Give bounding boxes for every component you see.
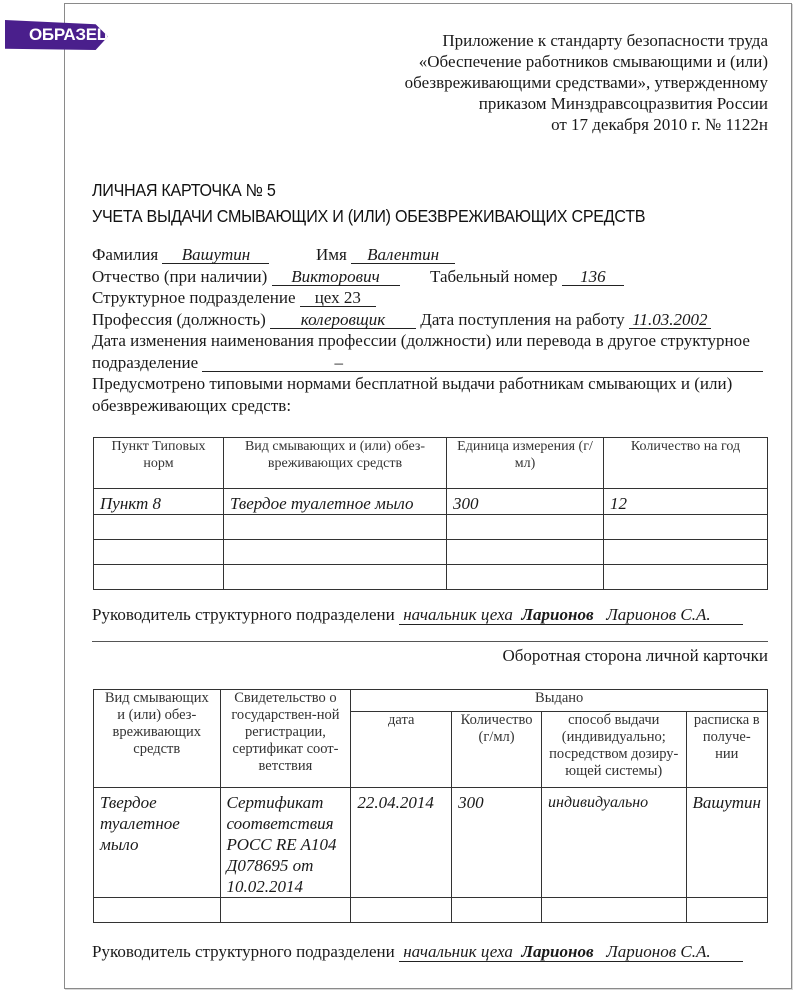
name-field[interactable]: Валентин [351, 246, 455, 264]
appendix-line: приказом Минздравсоцразвития России [405, 93, 768, 114]
supervisor-signature-back: Руководитель структурного подразделени н… [92, 942, 743, 962]
change-label: Дата изменения наименования профессии (д… [92, 331, 750, 350]
signature-label: Руководитель структурного подразделени [92, 605, 395, 624]
col-header-agent-type: Вид смывающих и (или) обез-вреживающих с… [94, 690, 221, 788]
sample-badge: ОБРАЗЕЦ [5, 20, 108, 50]
signature-position: начальник цеха [403, 605, 513, 624]
row-profession: Профессия (должность) колеровщик Дата по… [92, 309, 772, 331]
row-norms-1: Предусмотрено типовыми нормами бесплатно… [92, 373, 772, 395]
appendix-line: «Обеспечение работников смывающими и (ил… [405, 51, 768, 72]
supervisor-signature-front: Руководитель структурного подразделени н… [92, 605, 743, 625]
cell-unit[interactable] [447, 515, 604, 540]
cell-date[interactable]: 22.04.2014 [351, 788, 452, 898]
cell-quantity[interactable] [452, 898, 542, 923]
row-department: Структурное подразделение цех 23 [92, 287, 772, 309]
signature-position: начальник цеха [403, 942, 513, 961]
cell-agent-type[interactable] [224, 565, 447, 590]
title-line-1: ЛИЧНАЯ КАРТОЧКА № 5 [92, 177, 645, 203]
cell-receipt[interactable] [686, 898, 767, 923]
patronymic-field[interactable]: Викторович [272, 268, 400, 286]
appendix-line: Приложение к стандарту безопасности труд… [405, 30, 768, 51]
department-field[interactable]: цех 23 [300, 289, 376, 307]
cell-norm-item[interactable]: Пункт 8 [94, 489, 224, 515]
signature-mark: Ларионов [521, 942, 593, 961]
cell-method[interactable]: индивидуально [542, 788, 687, 898]
signature-field[interactable]: начальник цеха Ларионов Ларионов С.А. [399, 606, 743, 625]
cell-receipt[interactable]: Вашутин [686, 788, 767, 898]
col-header-norm-item: Пункт Типовых норм [94, 438, 224, 489]
divider [92, 641, 768, 642]
cell-agent-type[interactable]: Твердое туалетное мыло [224, 489, 447, 515]
table-row: Пункт 8 Твердое туалетное мыло 300 12 [94, 489, 768, 515]
col-header-receipt: расписка в получе-нии [686, 712, 767, 788]
signature-name: Ларионов С.А. [606, 942, 710, 961]
norms-text-cont: обезвреживающих средств: [92, 396, 291, 415]
change-value: – [334, 353, 343, 372]
cell-date[interactable] [351, 898, 452, 923]
table-header-row: Вид смывающих и (или) обез-вреживающих с… [94, 690, 768, 712]
row-patronymic: Отчество (при наличии) Викторович Табель… [92, 266, 772, 288]
cell-agent-type[interactable] [224, 515, 447, 540]
cell-annual-qty[interactable] [604, 515, 768, 540]
cell-norm-item[interactable] [94, 540, 224, 565]
col-header-annual-qty: Количество на год [604, 438, 768, 489]
document-title: ЛИЧНАЯ КАРТОЧКА № 5 УЧЕТА ВЫДАЧИ СМЫВАЮЩ… [92, 177, 693, 229]
row-name: Фамилия Вашутин Имя Валентин [92, 244, 772, 266]
name-label: Имя [316, 245, 347, 264]
table-row [94, 898, 768, 923]
col-header-quantity: Количество (г/мл) [452, 712, 542, 788]
signature-mark: Ларионов [521, 605, 593, 624]
cell-annual-qty[interactable] [604, 540, 768, 565]
table-header-row: Пункт Типовых норм Вид смывающих и (или)… [94, 438, 768, 489]
cell-norm-item[interactable] [94, 515, 224, 540]
signature-label: Руководитель структурного подразделени [92, 942, 395, 961]
cell-agent-type[interactable] [94, 898, 221, 923]
hire-date-field[interactable]: 11.03.2002 [629, 311, 711, 329]
cell-quantity[interactable]: 300 [452, 788, 542, 898]
table-row [94, 565, 768, 590]
hire-date-label: Дата поступления на работу [420, 310, 624, 329]
title-line-2: УЧЕТА ВЫДАЧИ СМЫВАЮЩИХ И (ИЛИ) ОБЕЗВРЕЖИ… [92, 203, 645, 229]
table-row [94, 540, 768, 565]
col-header-agent-type: Вид смывающих и (или) обез-вреживающих с… [224, 438, 447, 489]
profession-field[interactable]: колеровщик [270, 311, 416, 329]
cell-norm-item[interactable] [94, 565, 224, 590]
patronymic-label: Отчество (при наличии) [92, 267, 267, 286]
table-row: Твердое туалетное мыло Сертификат соотве… [94, 788, 768, 898]
issue-table: Вид смывающих и (или) обез-вреживающих с… [93, 689, 768, 923]
department-label: Структурное подразделение [92, 288, 296, 307]
table-row [94, 515, 768, 540]
col-header-issued: Выдано [351, 690, 768, 712]
surname-field[interactable]: Вашутин [162, 246, 269, 264]
row-norms-2: обезвреживающих средств: [92, 395, 772, 417]
employee-fields: Фамилия Вашутин Имя Валентин Отчество (п… [92, 244, 772, 416]
norms-text: Предусмотрено типовыми нормами бесплатно… [92, 374, 732, 393]
col-header-method: способ выдачи (индивидуально; посредство… [542, 712, 687, 788]
cell-annual-qty[interactable] [604, 565, 768, 590]
cell-certificate[interactable]: Сертификат соответствия РОСС RE A104 Д07… [220, 788, 351, 898]
cell-annual-qty[interactable]: 12 [604, 489, 768, 515]
cell-method[interactable] [542, 898, 687, 923]
surname-label: Фамилия [92, 245, 158, 264]
cell-certificate[interactable] [220, 898, 351, 923]
appendix-note: Приложение к стандарту безопасности труд… [405, 30, 768, 135]
cell-unit[interactable]: 300 [447, 489, 604, 515]
cell-agent-type[interactable]: Твердое туалетное мыло [94, 788, 221, 898]
signature-field[interactable]: начальник цеха Ларионов Ларионов С.А. [399, 943, 743, 962]
appendix-line: обезвреживающими средствами», утвержденн… [405, 72, 768, 93]
norms-table: Пункт Типовых норм Вид смывающих и (или)… [93, 437, 768, 590]
col-header-date: дата [351, 712, 452, 788]
reverse-side-label: Оборотная сторона личной карточки [502, 646, 768, 666]
profession-label: Профессия (должность) [92, 310, 266, 329]
cell-agent-type[interactable] [224, 540, 447, 565]
row-change-2: подразделение – [92, 352, 772, 374]
cell-unit[interactable] [447, 540, 604, 565]
row-change-1: Дата изменения наименования профессии (д… [92, 330, 772, 352]
change-label-cont: подразделение [92, 353, 198, 372]
signature-name: Ларионов С.А. [606, 605, 710, 624]
col-header-unit: Единица измерения (г/мл) [447, 438, 604, 489]
col-header-certificate: Свидетельство о государствен-ной регистр… [220, 690, 351, 788]
tab-number-field[interactable]: 136 [562, 268, 624, 286]
tab-number-label: Табельный номер [430, 267, 558, 286]
appendix-line: от 17 декабря 2010 г. № 1122н [405, 114, 768, 135]
cell-unit[interactable] [447, 565, 604, 590]
change-field[interactable]: – [202, 354, 763, 372]
